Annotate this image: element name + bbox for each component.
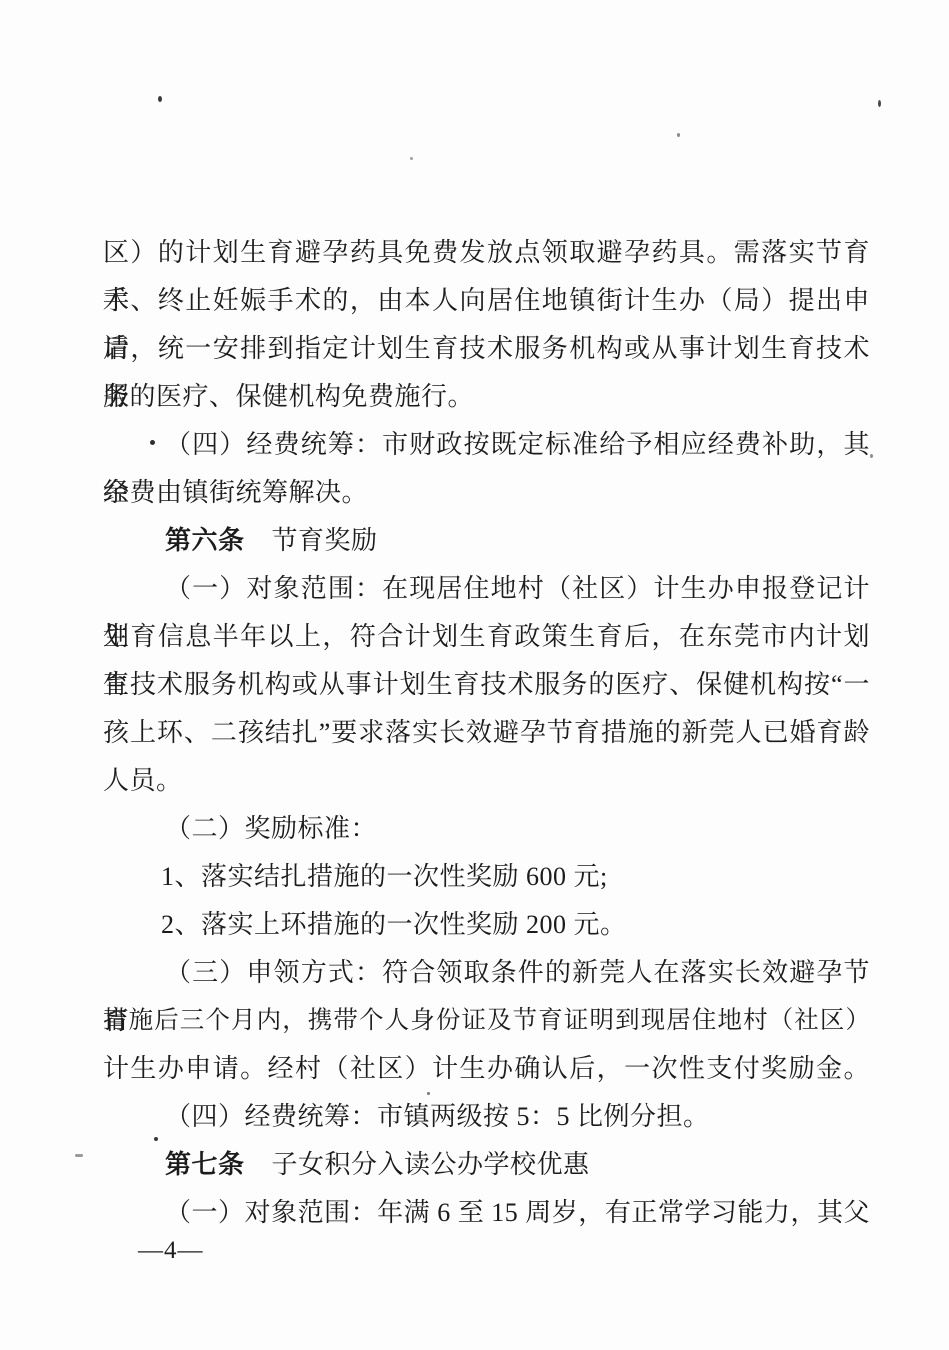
- scan-speck: [75, 1154, 83, 1157]
- doc-line: 务的医疗、保健机构免费施行。: [103, 373, 870, 421]
- scan-speck: [150, 440, 155, 445]
- document-body: 区）的计划生育避孕药具免费发放点领取避孕药具。需落实节育手 术、终止妊娠手术的，…: [103, 229, 870, 1237]
- doc-line: （一）对象范围：在现居住地村（社区）计生办申报登记计划: [103, 565, 870, 613]
- scan-speck: [677, 133, 680, 137]
- article-number: 第七条: [165, 1150, 245, 1179]
- article-title: 子女积分入读公办学校优惠: [272, 1150, 590, 1179]
- scan-speck: [878, 100, 881, 107]
- doc-line: 措施后三个月内，携带个人身份证及节育证明到现居住地村（社区）: [103, 997, 870, 1045]
- doc-line: 后，统一安排到指定计划生育技术服务机构或从事计划生育技术服: [103, 325, 870, 373]
- doc-line: 育技术服务机构或从事计划生育技术服务的医疗、保健机构按“一: [103, 661, 870, 709]
- page-number: —4—: [138, 1236, 204, 1266]
- doc-line: 区）的计划生育避孕药具免费发放点领取避孕药具。需落实节育手: [103, 229, 870, 277]
- doc-line: 生育信息半年以上，符合计划生育政策生育后，在东莞市内计划生: [103, 613, 870, 661]
- doc-line: 经费由镇街统筹解决。: [103, 469, 870, 517]
- doc-line: 计生办申请。经村（社区）计生办确认后，一次性支付奖励金。: [103, 1045, 870, 1093]
- article-heading-7: 第七条子女积分入读公办学校优惠: [103, 1141, 870, 1189]
- doc-line: （三）申领方式：符合领取条件的新莞人在落实长效避孕节育: [103, 949, 870, 997]
- doc-line-numbered: 2、落实上环措施的一次性奖励 200 元。: [103, 901, 870, 949]
- doc-line: 术、终止妊娠手术的，由本人向居住地镇街计生办（局）提出申请: [103, 277, 870, 325]
- doc-line: （二）奖励标准：: [103, 805, 870, 853]
- article-heading-6: 第六条节育奖励: [103, 517, 870, 565]
- scan-speck: [870, 454, 873, 458]
- doc-line: 孩上环、二孩结扎”要求落实长效避孕节育措施的新莞人已婚育龄: [103, 709, 870, 757]
- doc-line: （一）对象范围：年满 6 至 15 周岁，有正常学习能力，其父: [103, 1189, 870, 1237]
- scan-speck: [427, 1092, 430, 1095]
- document-page: 区）的计划生育避孕药具免费发放点领取避孕药具。需落实节育手 术、终止妊娠手术的，…: [0, 0, 949, 1350]
- doc-line-numbered: 1、落实结扎措施的一次性奖励 600 元;: [103, 853, 870, 901]
- doc-line: （四）经费统筹：市镇两级按 5：5 比例分担。: [103, 1093, 870, 1141]
- doc-line: （四）经费统筹：市财政按既定标准给予相应经费补助，其余: [103, 421, 870, 469]
- article-title: 节育奖励: [272, 526, 378, 555]
- scan-speck: [154, 1137, 158, 1141]
- doc-line: 人员。: [103, 757, 870, 805]
- scan-speck: [158, 96, 162, 102]
- article-number: 第六条: [165, 526, 245, 555]
- scan-speck: [410, 157, 413, 160]
